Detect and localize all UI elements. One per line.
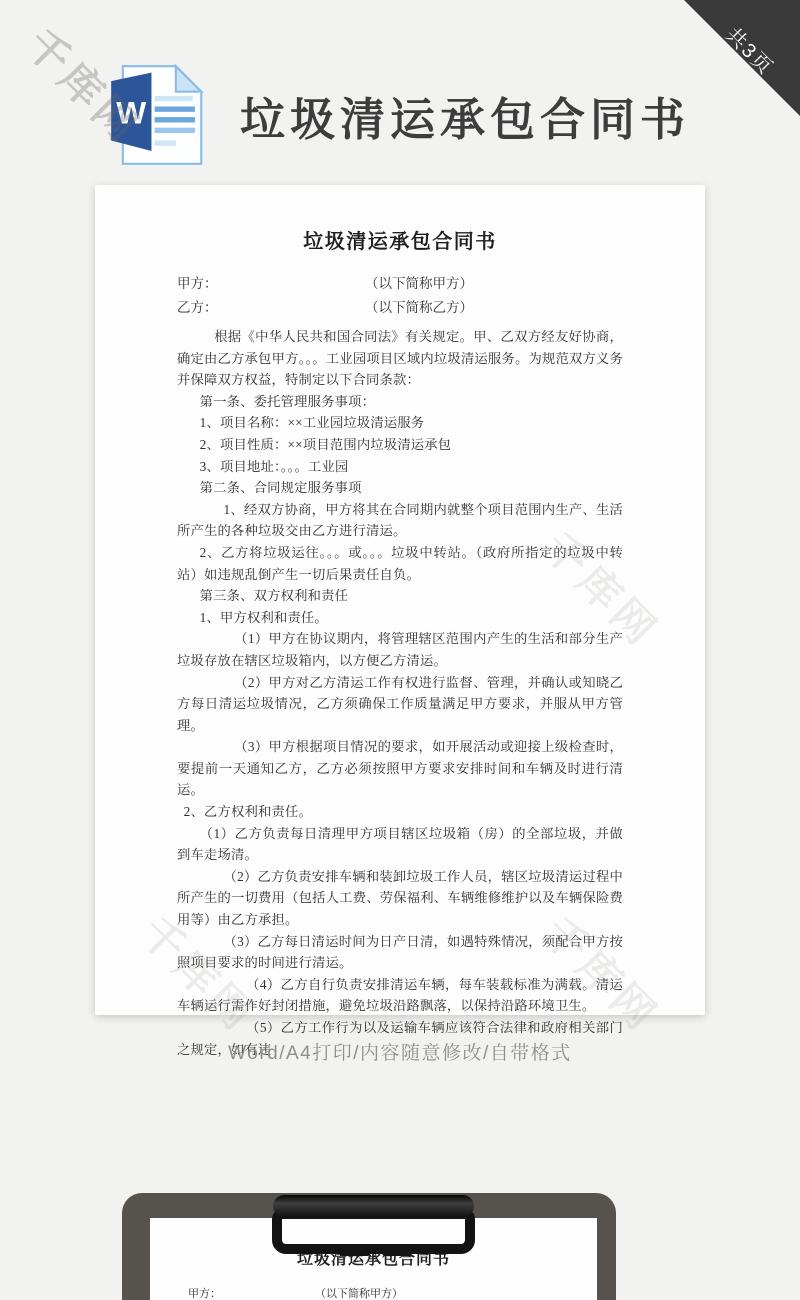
party-a-note: （以下简称甲方） [365, 276, 473, 291]
contract-paragraph: 2、乙方将垃圾运往。。。或。。。垃圾中转站。（政府所指定的垃圾中转站）如违规乱倒… [177, 542, 623, 585]
contract-paragraph: 2、乙方权利和责任。 [177, 801, 623, 823]
party-b-label: 乙方： [177, 296, 365, 320]
party-a-label: 甲方： [177, 272, 365, 296]
clipboard-clip-bar [273, 1195, 474, 1217]
contract-paragraph: 第三条、双方权利和责任 [177, 585, 623, 607]
contract-paragraph: （2）甲方对乙方清运工作有权进行监督、管理，并确认或知晓乙方每日清运垃圾情况，乙… [177, 672, 623, 737]
contract-paragraph: 2、项目性质：××项目范围内垃圾清运承包 [177, 434, 623, 456]
header: W 垃圾清运承包合同书 [108, 60, 690, 170]
contract-paragraph: 根据《中华人民共和国合同法》有关规定。甲、乙双方经友好协商，确定由乙方承包甲方。… [177, 326, 623, 391]
party-a-line-preview2: 甲方：（以下简称甲方） [150, 1285, 597, 1300]
word-icon-letter: W [116, 94, 146, 130]
contract-paragraph: （1）乙方负责每日清理甲方项目辖区垃圾箱（房）的全部垃圾，并做到车走场清。 [177, 823, 623, 866]
word-icon-fold [176, 66, 201, 91]
template-preview-page: { "ribbon": { "label": "共3页" }, "header"… [0, 0, 800, 1300]
clipboard-clip-tooth [340, 1246, 370, 1256]
clipboard-clip-tooth [382, 1246, 412, 1256]
contract-paragraph: 3、项目地址：。。。工业园 [177, 456, 623, 478]
party-a-note-preview2: （以下简称甲方） [315, 1288, 403, 1300]
contract-paragraph: （1）甲方在协议期内，将管理辖区范围内产生的生活和部分生产垃圾存放在辖区垃圾箱内… [177, 628, 623, 671]
contract-paragraph: 1、经双方协商，甲方将其在合同期内就整个项目范围内生产、生活所产生的各种垃圾交由… [177, 499, 623, 542]
word-file-icon: W [108, 62, 214, 168]
contract-paragraph: （2）乙方负责安排车辆和装卸垃圾工作人员，辖区垃圾清运过程中所产生的一切费用（包… [177, 866, 623, 931]
contract-paragraph: （4）乙方自行负责安排清运车辆，每车装载标准为满载。清运车辆运行需作好封闭措施，… [177, 974, 623, 1017]
contract-paragraph: 1、甲方权利和责任。 [177, 607, 623, 629]
contract-body: 根据《中华人民共和国合同法》有关规定。甲、乙双方经友好协商，确定由乙方承包甲方。… [177, 326, 623, 1060]
contract-paragraph: 第一条、委托管理服务事项： [177, 391, 623, 413]
contract-paragraph: （3）甲方根据项目情况的要求，如开展活动或迎接上级检查时，要提前一天通知乙方，乙… [177, 736, 623, 801]
party-b-line: 乙方：（以下简称乙方） [177, 296, 623, 320]
party-a-label-preview2: 甲方： [150, 1285, 315, 1300]
contract-paragraph: （3）乙方每日清运时间为日产日清，如遇特殊情况，须配合甲方按照项目要求的时间进行… [177, 931, 623, 974]
party-b-note: （以下简称乙方） [365, 300, 473, 315]
party-a-line: 甲方：（以下简称甲方） [177, 272, 623, 296]
document-preview-page[interactable]: 垃圾清运承包合同书 甲方：（以下简称甲方） 乙方：（以下简称乙方） 根据《中华人… [95, 185, 705, 1015]
contract-paragraph: 第二条、合同规定服务事项 [177, 477, 623, 499]
page-title: 垃圾清运承包合同书 [240, 83, 690, 148]
contract-paragraph: 1、项目名称：××工业园垃圾清运服务 [177, 412, 623, 434]
format-caption: Word/A4打印/内容随意修改/自带格式 [0, 1038, 800, 1065]
contract-title: 垃圾清运承包合同书 [177, 225, 623, 254]
